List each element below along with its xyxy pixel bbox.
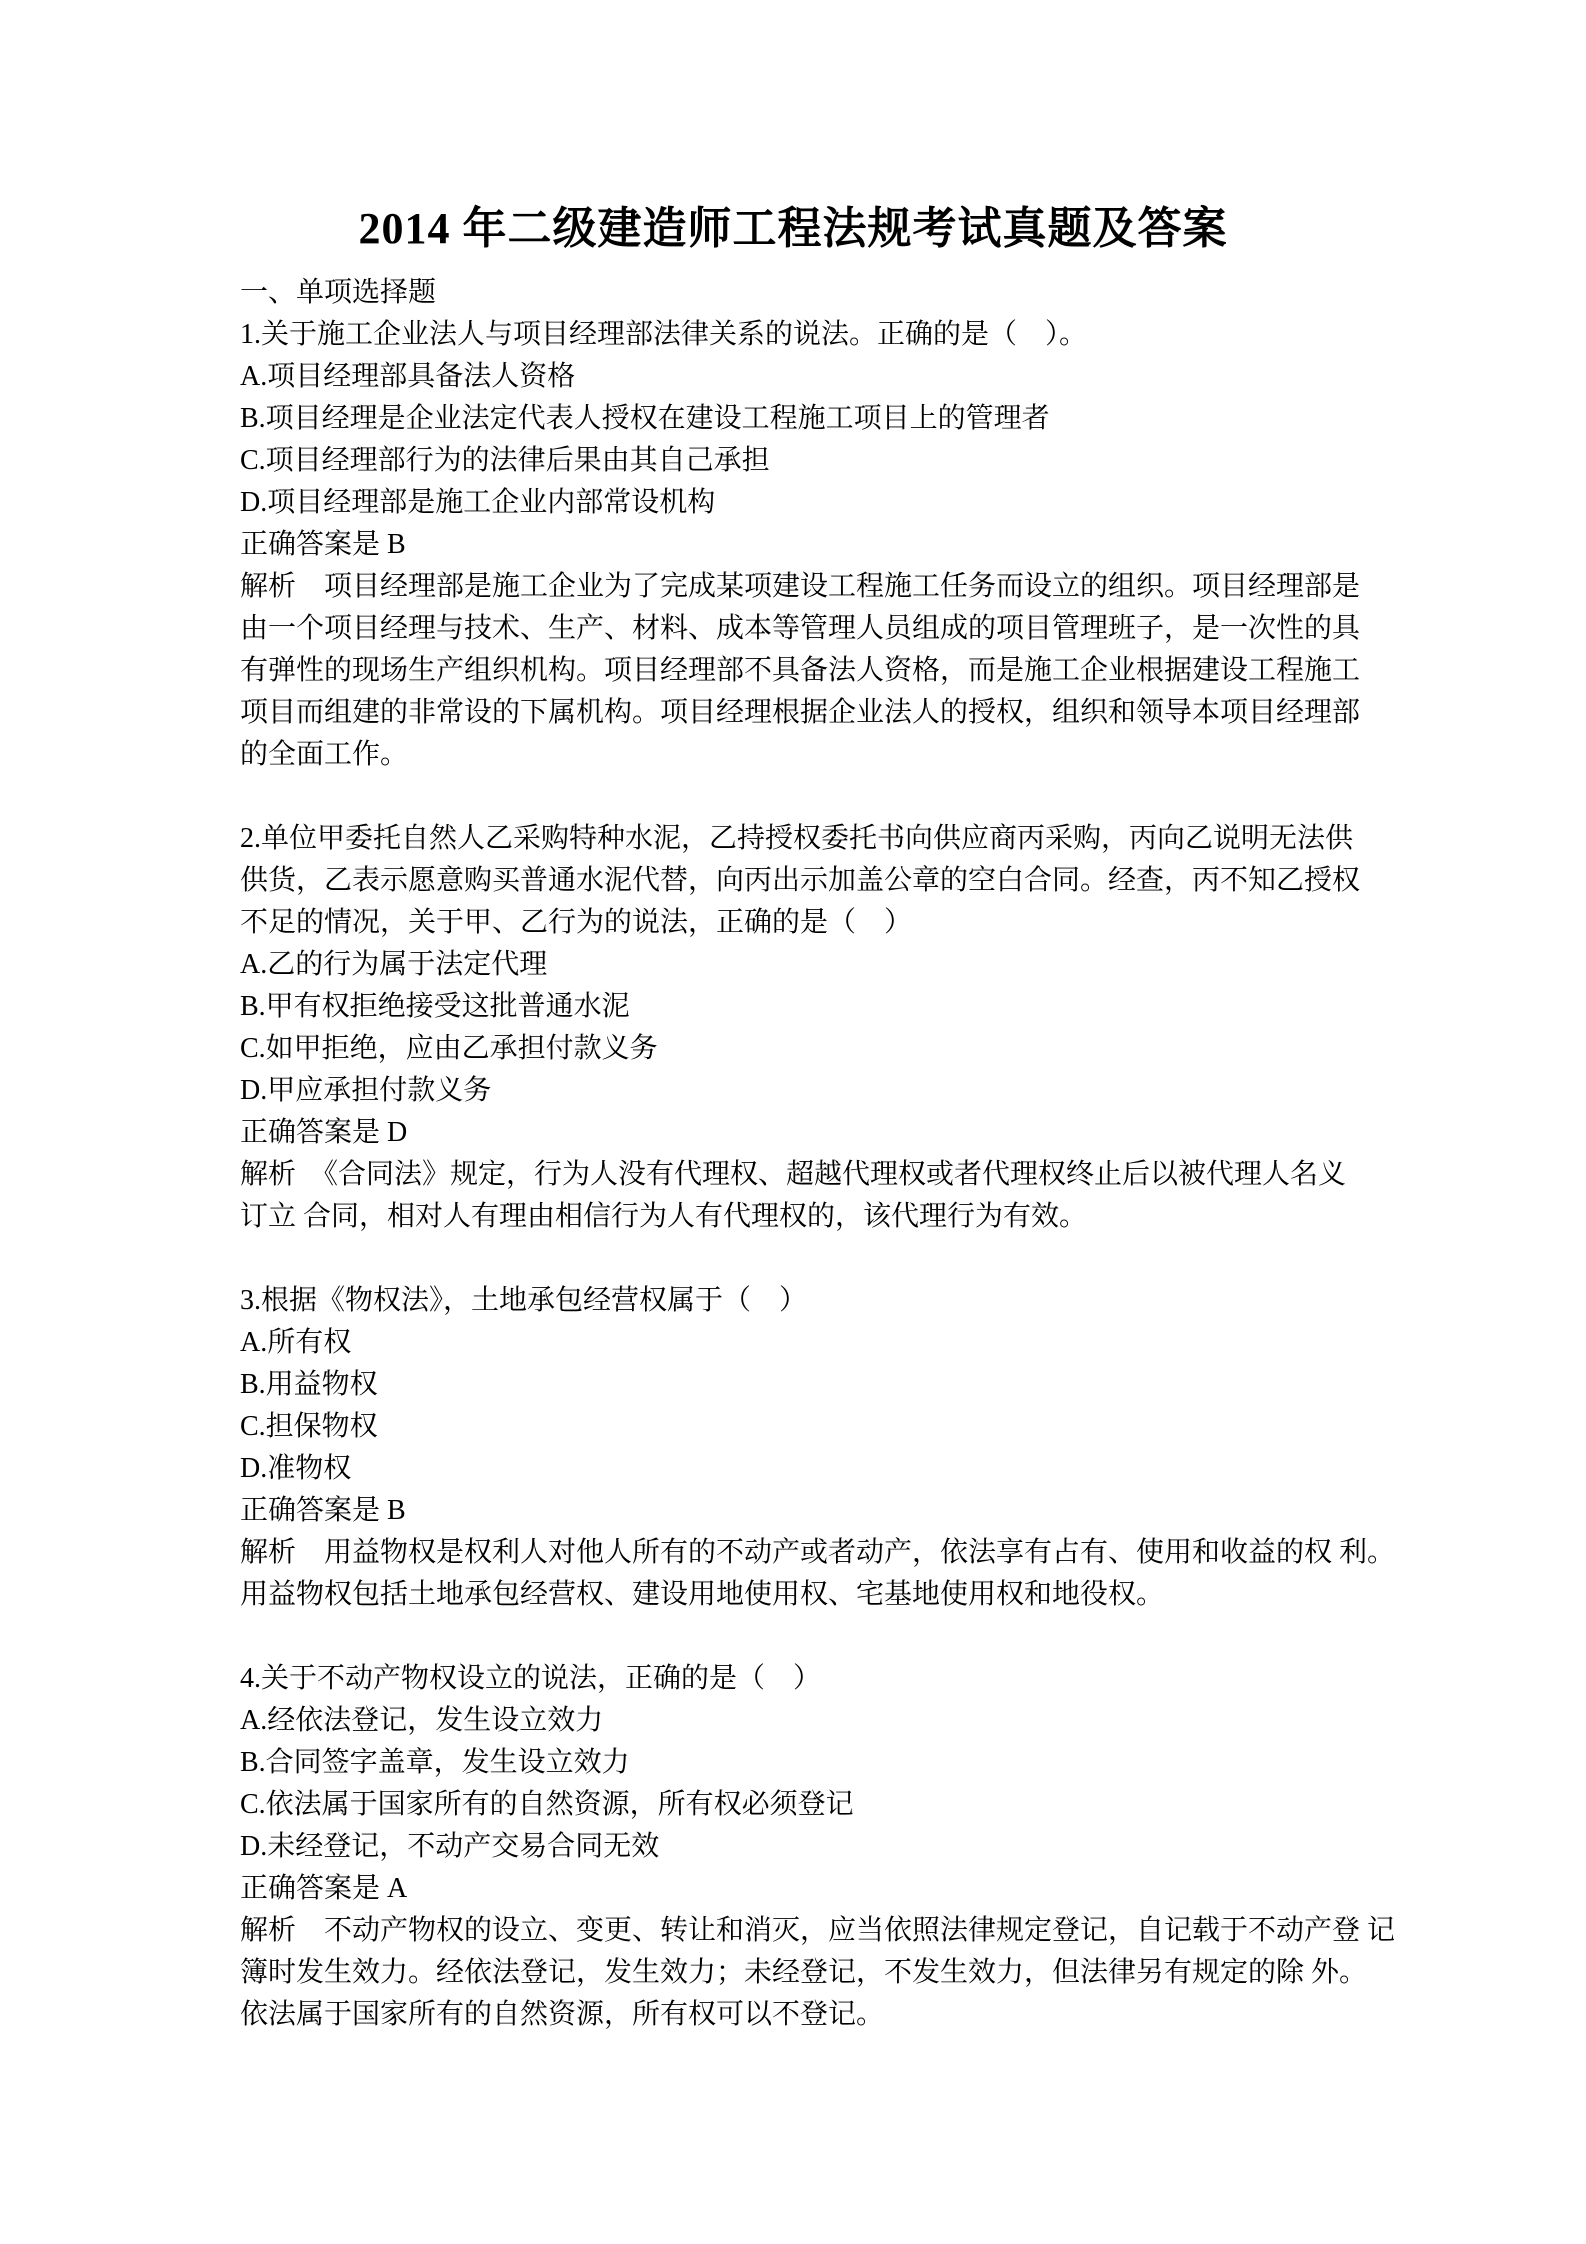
question-2-option-d: D.甲应承担付款义务 (240, 1070, 1420, 1112)
section-heading: 一、单项选择题 (240, 272, 1420, 314)
document-title: 2014 年二级建造师工程法规考试真题及答案 (0, 202, 1586, 256)
question-block-2: 2.单位甲委托自然人乙采购特种水泥，乙持授权委托书向供应商丙采购，丙向乙说明无法… (240, 818, 1420, 1238)
question-2-stem-line-3: 不足的情况，关于甲、乙行为的说法，正确的是（ ） (240, 902, 1420, 944)
question-3-analysis-line-1: 解析 用益物权是权利人对他人所有的不动产或者动产，依法享有占有、使用和收益的权 … (240, 1532, 1420, 1574)
question-3-option-a: A.所有权 (240, 1322, 1420, 1364)
question-1-analysis-line-3: 有弹性的现场生产组织机构。项目经理部不具备法人资格，而是施工企业根据建设工程施工 (240, 650, 1420, 692)
question-2-option-a: A.乙的行为属于法定代理 (240, 944, 1420, 986)
question-block-3: 3.根据《物权法》，土地承包经营权属于（ ） A.所有权 B.用益物权 C.担保… (240, 1280, 1420, 1616)
question-2-answer: 正确答案是 D (240, 1112, 1420, 1154)
question-2-analysis-line-1: 解析 《合同法》规定，行为人没有代理权、超越代理权或者代理权终止后以被代理人名义 (240, 1154, 1420, 1196)
question-block-4: 4.关于不动产物权设立的说法，正确的是（ ） A.经依法登记，发生设立效力 B.… (240, 1658, 1420, 2036)
question-2-analysis-line-2: 订立 合同，相对人有理由相信行为人有代理权的，该代理行为有效。 (240, 1196, 1420, 1238)
question-3-analysis-line-2: 用益物权包括土地承包经营权、建设用地使用权、宅基地使用权和地役权。 (240, 1574, 1420, 1616)
question-4-analysis-line-1: 解析 不动产物权的设立、变更、转让和消灭，应当依照法律规定登记，自记载于不动产登… (240, 1910, 1420, 1952)
question-1-analysis-line-5: 的全面工作。 (240, 734, 1420, 776)
question-1-option-c: C.项目经理部行为的法律后果由其自己承担 (240, 440, 1420, 482)
question-2-stem-line-2: 供货，乙表示愿意购买普通水泥代替，向丙出示加盖公章的空白合同。经查，丙不知乙授权 (240, 860, 1420, 902)
question-4-option-a: A.经依法登记，发生设立效力 (240, 1700, 1420, 1742)
document-page: 2014 年二级建造师工程法规考试真题及答案 一、单项选择题 1.关于施工企业法… (0, 0, 1586, 2244)
question-1-option-a: A.项目经理部具备法人资格 (240, 356, 1420, 398)
question-1-stem: 1.关于施工企业法人与项目经理部法律关系的说法。正确的是（ ）。 (240, 314, 1420, 356)
question-1-option-b: B.项目经理是企业法定代表人授权在建设工程施工项目上的管理者 (240, 398, 1420, 440)
question-4-option-d: D.未经登记，不动产交易合同无效 (240, 1826, 1420, 1868)
question-4-stem: 4.关于不动产物权设立的说法，正确的是（ ） (240, 1658, 1420, 1700)
document-content: 一、单项选择题 1.关于施工企业法人与项目经理部法律关系的说法。正确的是（ ）。… (240, 272, 1420, 2036)
question-4-answer: 正确答案是 A (240, 1868, 1420, 1910)
question-2-option-b: B.甲有权拒绝接受这批普通水泥 (240, 986, 1420, 1028)
question-1-analysis-line-1: 解析 项目经理部是施工企业为了完成某项建设工程施工任务而设立的组织。项目经理部是 (240, 566, 1420, 608)
question-3-stem: 3.根据《物权法》，土地承包经营权属于（ ） (240, 1280, 1420, 1322)
question-2-stem-line-1: 2.单位甲委托自然人乙采购特种水泥，乙持授权委托书向供应商丙采购，丙向乙说明无法… (240, 818, 1420, 860)
question-4-analysis-line-2: 簿时发生效力。经依法登记，发生效力；未经登记，不发生效力，但法律另有规定的除 外… (240, 1952, 1420, 1994)
question-2-option-c: C.如甲拒绝，应由乙承担付款义务 (240, 1028, 1420, 1070)
question-1-analysis-line-4: 项目而组建的非常设的下属机构。项目经理根据企业法人的授权，组织和领导本项目经理部 (240, 692, 1420, 734)
question-block-1: 1.关于施工企业法人与项目经理部法律关系的说法。正确的是（ ）。 A.项目经理部… (240, 314, 1420, 776)
question-4-analysis-line-3: 依法属于国家所有的自然资源，所有权可以不登记。 (240, 1994, 1420, 2036)
question-1-analysis-line-2: 由一个项目经理与技术、生产、材料、成本等管理人员组成的项目管理班子，是一次性的具 (240, 608, 1420, 650)
question-3-option-b: B.用益物权 (240, 1364, 1420, 1406)
question-3-answer: 正确答案是 B (240, 1490, 1420, 1532)
question-3-option-c: C.担保物权 (240, 1406, 1420, 1448)
question-3-option-d: D.准物权 (240, 1448, 1420, 1490)
question-4-option-c: C.依法属于国家所有的自然资源，所有权必须登记 (240, 1784, 1420, 1826)
question-4-option-b: B.合同签字盖章，发生设立效力 (240, 1742, 1420, 1784)
question-1-answer: 正确答案是 B (240, 524, 1420, 566)
question-1-option-d: D.项目经理部是施工企业内部常设机构 (240, 482, 1420, 524)
